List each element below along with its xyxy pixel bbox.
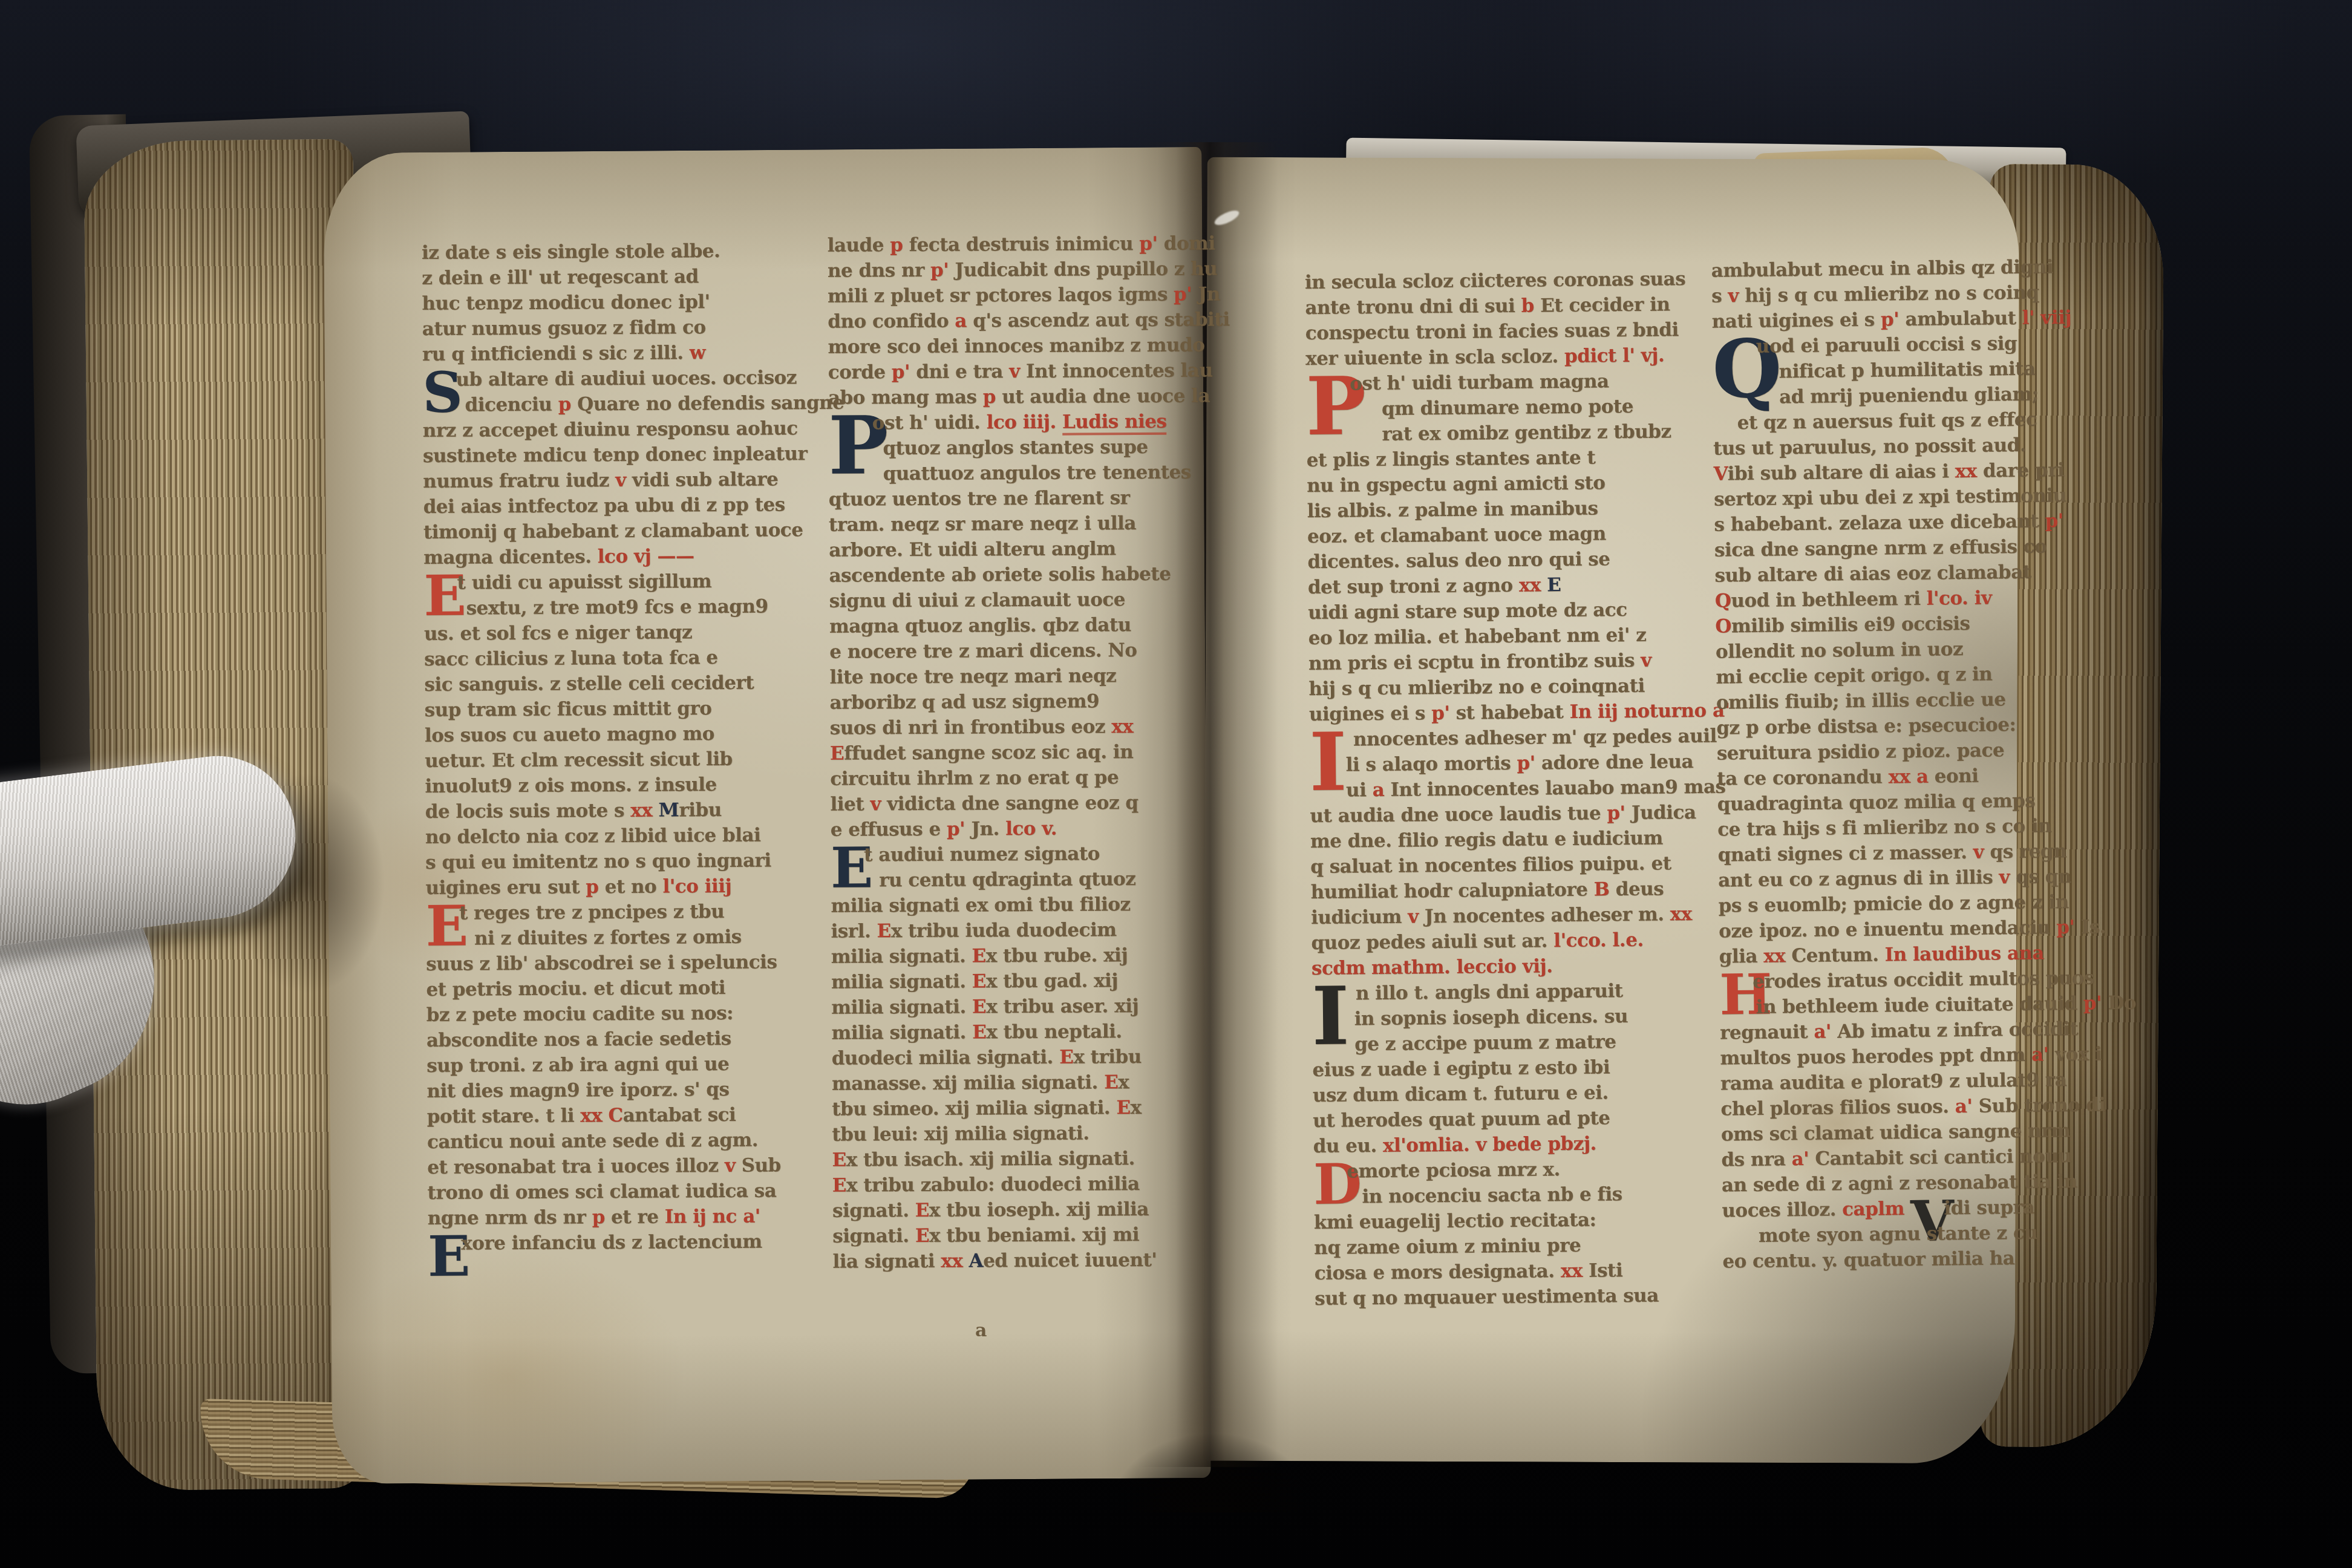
illuminated-initial: x tbu isach. xij milia signati. [846, 1148, 1135, 1171]
illuminated-initial: in secula scloz ciicteres coronas suas [1305, 268, 1685, 293]
illuminated-initial: E [428, 1231, 461, 1252]
text-segment: lco vj [598, 546, 658, 568]
text-line: Innocentes adheser m' qz pedes auil [1309, 724, 1696, 753]
illuminated-initial: omilis fiuib; in illis ecclie ue [1716, 688, 2006, 713]
illuminated-initial: ds nra [1721, 1148, 1792, 1171]
text-segment: xl'omlia. v bede pbzj. [1383, 1133, 1596, 1157]
text-segment: O [1715, 615, 1731, 637]
illuminated-initial: sup troni. z ab ira agni qui ue [426, 1053, 729, 1077]
text-line: tbu leui: xij milia signati. [832, 1120, 1219, 1147]
text-line: sustinete mdicu tenp donec inpleatur [423, 441, 810, 469]
illuminated-initial: quoz pedes aiuli sut ar. [1311, 930, 1553, 954]
illuminated-initial: in nocenciu sacta nb e fis [1362, 1183, 1622, 1207]
illuminated-initial: multos puos herodes ppt dnm [1720, 1044, 2031, 1070]
text-line: gz p orbe distsa e: psecucioe: [1716, 711, 2103, 740]
text-line: Demorte pciosa mrz x. [1313, 1155, 1700, 1184]
illuminated-initial: z dein e ill' ut reqescant ad [422, 266, 699, 289]
illuminated-initial: quattuoz angulos tre tenentes [883, 462, 1191, 485]
illuminated-initial: de locis suis mote s [425, 800, 631, 823]
text-line: de locis suis mote s xx Mribu [425, 797, 812, 825]
illuminated-initial: ambulabut [1899, 307, 2022, 330]
text-segment: p' [892, 361, 910, 383]
text-line: arboribz q ad usz signem9 [829, 688, 1217, 715]
text-line: mi ecclie cepit origo. q z in [1716, 660, 2103, 690]
illuminated-initial: usz dum dicam t. futuru e ei. [1313, 1082, 1609, 1106]
illuminated-initial: E [831, 842, 864, 863]
illuminated-initial: dno confido [828, 310, 955, 333]
text-line: rama audita e plorat9 z ululat9 ra [1720, 1067, 2108, 1096]
text-line: dicentes. salus deo nro qui se [1307, 546, 1694, 575]
text-line: e nocere tre z mari dicens. No [829, 637, 1217, 664]
illuminated-initial: iz date s eis single stole albe. [422, 240, 720, 264]
illuminated-initial: Ab imatu z infra occidit [1831, 1018, 2079, 1043]
illuminated-initial: x tbu neptali. [986, 1021, 1122, 1043]
text-segment: v [1641, 650, 1651, 671]
text-line: inuolut9 z ois mons. z insule [425, 771, 812, 799]
text-segment: p' [1139, 233, 1157, 255]
text-segment: xx [1519, 574, 1547, 596]
illuminated-initial: P [1305, 371, 1350, 392]
text-line: conspectu troni in facies suas z bndi [1305, 317, 1693, 346]
illuminated-initial: milia signati. [831, 996, 972, 1018]
text-line: laude p fecta destruis inimicu p' domi [827, 230, 1214, 258]
illuminated-initial: nm pris ei scptu in frontibz suis [1308, 650, 1641, 675]
illuminated-initial: tbu simeo. xij milia signati. [832, 1097, 1116, 1120]
text-line: ru centu qdraginta qtuoz [831, 866, 1218, 893]
illuminated-initial: H [1719, 969, 1753, 990]
text-line: uoces illoz. caplm Vidi supra [1722, 1194, 2109, 1223]
text-segment: In iij noturno a' [1569, 699, 1730, 723]
illuminated-initial: ui [1346, 779, 1373, 801]
illuminated-initial: et re [605, 1206, 665, 1229]
text-line: li s alaqo mortis p' adore dne leua [1309, 749, 1696, 778]
illuminated-initial: lite noce tre neqz mari neqz [829, 665, 1116, 688]
illuminated-initial: oms sci clamat uidica sangne nrm [1721, 1120, 2071, 1146]
illuminated-initial: Jn [1192, 283, 1220, 305]
illuminated-initial: chel ploras filios suos. [1720, 1096, 1955, 1120]
illuminated-initial: iudicium [1311, 906, 1408, 929]
illuminated-initial: Sub trono di [1972, 1094, 2106, 1117]
text-line: hij s q cu mlieribz no e coinqnati [1308, 673, 1696, 702]
illuminated-initial: vidi sub altare [626, 468, 779, 491]
text-segment: p' [2056, 916, 2075, 938]
gutter-bottom-shadow [1083, 1343, 1343, 1512]
right-page-column-2: ambulabut mecu in albis qz dignis v hij … [1711, 253, 2109, 1274]
text-line: ui a Int innocentes lauabo man9 mas [1310, 774, 1697, 803]
text-line: du eu. xl'omlia. v bede pbzj. [1313, 1130, 1700, 1159]
text-line: det sup troni z agno xx E [1308, 571, 1695, 600]
illuminated-initial: li s alaqo mortis [1345, 753, 1517, 776]
text-segment: xx [630, 800, 658, 822]
text-line: oze ipoz. no e inuentu mendaciu p' Is. [1719, 914, 2106, 944]
text-line: lis albis. z palme in manibus [1307, 495, 1694, 524]
illuminated-initial: ollendit no solum in uoz [1716, 638, 1963, 663]
text-line: sub altare di aias eoz clamabat [1714, 558, 2102, 588]
illuminated-initial: inuolut9 z ois mons. z insule [425, 774, 717, 797]
illuminated-initial: lis albis. z palme in manibus [1307, 497, 1598, 522]
text-line: manasse. xij milia signati. Ex [832, 1069, 1219, 1096]
catchword: a [975, 1320, 987, 1341]
text-segment: E [915, 1225, 929, 1247]
text-segment: v [1999, 866, 2010, 888]
illuminated-initial: huc tenpz modicu donec ipl' [422, 291, 710, 315]
text-segment: p' [2083, 992, 2102, 1014]
text-line: q saluat in nocentes filios puipu. et [1310, 851, 1697, 880]
illuminated-initial: ps s euomlb; pmicie do z agne z in [1718, 891, 2068, 917]
text-segment: p' [1431, 702, 1450, 724]
illuminated-initial: nit dies magn9 ire iporz. s' qs [426, 1079, 729, 1102]
text-segment: E [972, 970, 986, 992]
text-line: ta ce coronandu xx a eoni [1717, 762, 2104, 791]
text-line: abscondite nos a facie sedetis [426, 1025, 814, 1053]
text-line: dei aias intfectoz pa ubu di z pp tes [423, 492, 810, 520]
illuminated-initial: ce tra hijs s fi mlieribz no s co in [1717, 815, 2051, 840]
text-line: kmi euagelij lectio recitata: [1314, 1206, 1701, 1235]
illuminated-initial: dni e tra [910, 361, 1009, 383]
illuminated-initial: sic sanguis. z stelle celi cecidert [424, 672, 754, 696]
illuminated-initial: Jn. [965, 818, 1005, 840]
text-line: Post h' uidi. lco iiij. Ludis nies [828, 408, 1215, 436]
illuminated-initial: eo loz milia. et habebant nm ei' z [1308, 624, 1646, 649]
illuminated-initial: sup tram sic ficus mittit gro [425, 697, 712, 721]
text-line: magna dicentes. lco vj —— [423, 543, 811, 570]
illuminated-initial: x [1118, 1071, 1129, 1093]
text-line: more sco dei innoces manibz z mudo [828, 332, 1215, 359]
illuminated-initial: deus [1609, 878, 1664, 900]
text-segment: xx [941, 1250, 969, 1272]
text-segment: B [1594, 878, 1610, 900]
text-segment: p' [1881, 309, 1900, 330]
text-line: huc tenpz modicu donec ipl' [422, 289, 809, 316]
illuminated-initial: liet [830, 793, 870, 815]
illuminated-initial: emorte pciosa mrz x. [1347, 1158, 1560, 1182]
text-segment: v [1728, 285, 1739, 307]
text-line: ps s euomlb; pmicie do z agne z in [1718, 889, 2105, 918]
illuminated-initial: q saluat in nocentes filios puipu. et [1310, 852, 1671, 878]
text-line: duodeci milia signati. Ex tribu [832, 1044, 1219, 1071]
text-line: nrz z accepet diuinu responsu aohuc [423, 416, 810, 443]
illuminated-initial: quadraginta quoz milia q emps [1717, 790, 2036, 815]
illuminated-initial: trono di omes sci clamat iudica sa [427, 1180, 776, 1204]
illuminated-initial: ru centu qdraginta qtuoz [879, 868, 1135, 891]
illuminated-initial: hij s q cu mlieribz no e coinqnati [1308, 675, 1645, 700]
illuminated-initial: atur numus gsuoz z fidm co [422, 316, 706, 340]
text-line: milia signati. Ex tbu rube. xij [831, 942, 1218, 969]
text-line: multos puos herodes ppt dnm a' vox i [1720, 1041, 2107, 1071]
text-segment: p [983, 386, 996, 408]
text-line: milia signati. Ex tribu aser. xij [831, 993, 1218, 1020]
text-segment: M [658, 799, 679, 821]
illuminated-initial: x tbu ioseph. xij milia [929, 1198, 1149, 1221]
illuminated-initial: eius z uade i egiptu z esto ibi [1312, 1056, 1610, 1081]
text-line: Quod in bethleem ri l'co. iv [1715, 584, 2102, 613]
illuminated-initial: ad mrij pueniendu gliam; [1779, 384, 2039, 408]
illuminated-initial: humiliat hodr calupniatore [1310, 879, 1593, 903]
illuminated-initial: Judicabit dns pupillo z hu [949, 258, 1217, 281]
text-line: bz z pete mociu cadite su nos: [426, 1000, 814, 1028]
text-line: uidi agni stare sup mote dz acc [1308, 596, 1695, 626]
text-segment: p' [2045, 510, 2063, 532]
illuminated-initial: I [1312, 981, 1356, 1002]
illuminated-initial: tus ut paruulus, no possit aud. [1713, 434, 2026, 460]
text-segment: l' viij [2022, 307, 2072, 329]
text-segment: l'co iiij [662, 875, 731, 898]
text-line: et resonabat tra i uoces illoz v Sub [427, 1152, 814, 1180]
text-line: sup troni. z ab ira agni qui ue [426, 1051, 814, 1079]
illuminated-initial: uidi agni stare sup mote dz acc [1308, 599, 1627, 624]
text-line: ante tronu dni di sui b Et cecider in [1305, 292, 1692, 321]
illuminated-initial: Int innocentes lauabo man9 mas [1384, 776, 1725, 800]
illuminated-initial: lia signati [832, 1250, 941, 1273]
text-line: sic sanguis. z stelle celi cecidert [424, 670, 811, 697]
illuminated-initial: et resonabat tra i uoces illoz [427, 1155, 725, 1178]
illuminated-initial: s qui eu imitentz no s quo ingnari [425, 849, 771, 873]
text-line: dicenciu p Quare no defendis sangne [422, 390, 809, 418]
illuminated-initial: det sup troni z agno [1308, 575, 1519, 598]
right-page-column-1: in secula scloz ciicteres coronas suasan… [1305, 266, 1702, 1312]
text-line: eoz. et clamabant uoce magn [1307, 520, 1694, 549]
text-line: liet v vidicta dne sangne eoz q [830, 789, 1217, 817]
text-line: Et uidi cu apuisst sigillum [423, 568, 811, 596]
text-line: iudicium v Jn nocentes adheser m. xx [1311, 901, 1698, 930]
illuminated-initial: nq zame oium z miniu pre [1314, 1235, 1581, 1259]
illuminated-initial: ribu [679, 799, 722, 821]
illuminated-initial: ant eu co z agnus di in illis [1718, 866, 1999, 891]
text-line: tbu simeo. xij milia signati. Ex [832, 1094, 1219, 1122]
text-segment: —— [657, 545, 694, 567]
text-line: mili z pluet sr pctores laqos igms p' Jn [828, 281, 1215, 309]
text-segment: p [558, 393, 571, 415]
text-segment: E [830, 743, 844, 765]
illuminated-initial: nnocentes adheser m' qz pedes auil [1353, 725, 1717, 751]
left-page-column-2: laude p fecta destruis inimicu p' domine… [827, 230, 1220, 1274]
illuminated-initial: signati. [832, 1225, 915, 1247]
text-line: sica dne sangne nrm z effusis co [1714, 533, 2102, 563]
text-segment: xx [1111, 716, 1133, 737]
illuminated-initial: qnati signes ci z masser. [1717, 841, 1973, 866]
illuminated-initial: Do [2102, 992, 2136, 1014]
illuminated-initial: ibi sub altare di aias i [1727, 460, 1955, 485]
text-line: milia signati. Ex tbu neptali. [831, 1018, 1218, 1045]
text-segment: xx [1888, 766, 1916, 788]
text-segment: xx [1670, 903, 1692, 925]
text-line: iz date s eis single stole albe. [422, 238, 809, 266]
illuminated-initial: more sco dei innoces manibz z mudo [828, 334, 1204, 358]
illuminated-initial: ut audia dne uoce la [996, 385, 1210, 408]
text-line: humiliat hodr calupniatore B deus [1310, 876, 1697, 905]
illuminated-initial: Isti [1583, 1259, 1623, 1282]
illuminated-initial: x tribu iuda duodecim [891, 919, 1117, 942]
text-segment: l'co. iv [1926, 587, 1991, 609]
text-line: trono di omes sci clamat iudica sa [427, 1178, 814, 1206]
text-line: regnauit a' Ab imatu z infra occidit [1720, 1016, 2107, 1045]
text-segment: a' [1955, 1096, 1973, 1117]
text-line: milia signati. Ex tbu gad. xij [831, 967, 1218, 995]
text-line: ut herodes quat puum ad pte [1313, 1105, 1700, 1134]
text-line: in sopnis ioseph dicens. su [1312, 1003, 1699, 1032]
text-line: e effusus e p' Jn. lco v. [831, 815, 1218, 842]
illuminated-initial: in bethleem iude ciuitate dauid [1756, 993, 2083, 1018]
illuminated-initial: sub altare di aias eoz clamabat [1714, 561, 2031, 587]
text-segment: xx [1955, 460, 1976, 482]
illuminated-initial: Q [1712, 334, 1756, 355]
text-line: me dne. filio regis datu e iudicium [1310, 825, 1697, 854]
illuminated-initial: E [423, 570, 457, 591]
text-segment: v [615, 469, 626, 491]
text-segment: Ludis nies [1062, 411, 1167, 436]
text-line: tram. neqz sr mare neqz i ulla [829, 510, 1216, 537]
text-line: Herodes iratus occidit multos puos [1719, 965, 2106, 995]
illuminated-initial: et qz n auersus fuit qs z effec [1737, 409, 2037, 434]
illuminated-initial: vidicta dne sangne eoz q [881, 792, 1138, 815]
illuminated-initial: n illo t. angls dni apparuit [1356, 980, 1623, 1004]
text-segment: E [972, 945, 985, 967]
illuminated-initial: s habebant. zelaza uxe dicebant [1714, 510, 2045, 535]
text-segment: w [683, 342, 705, 364]
text-line: et plis z lingis stantes ante t [1307, 444, 1694, 473]
illuminated-initial: ut audia dne uoce laudis tue [1310, 802, 1607, 827]
illuminated-initial: dicentes. salus deo nro qui se [1307, 548, 1610, 573]
text-line: Exore infanciu ds z lactencium [428, 1229, 815, 1256]
text-line: dno confido a q's ascendz aut qs stabiti [828, 307, 1215, 334]
text-segment: xx [1561, 1260, 1583, 1282]
text-line: nq zame oium z miniu pre [1314, 1232, 1701, 1261]
illuminated-initial: an sede di z agni z resonabat tia in [1722, 1171, 2077, 1197]
text-line: atur numus gsuoz z fidm co [422, 314, 809, 342]
illuminated-initial: P [828, 410, 872, 431]
text-segment: p' [1517, 752, 1535, 774]
illuminated-initial: duodeci milia signati. [832, 1047, 1060, 1070]
text-line: Post h' uidi turbam magna [1305, 368, 1693, 397]
illuminated-initial: Int innocentes lau [1019, 359, 1212, 382]
illuminated-initial: ne dns nr [828, 260, 930, 282]
illuminated-initial: us. et sol fcs e niger tanqz [424, 621, 692, 645]
text-segment: E [832, 1175, 846, 1197]
illuminated-initial: et petris mociu. et dicut moti [426, 977, 725, 1001]
text-line: chel ploras filios suos. a' Sub trono di [1720, 1092, 2108, 1122]
illuminated-initial: numus fratru iudz [423, 469, 615, 492]
illuminated-initial: suus z lib' abscodrei se i speluncis [426, 951, 777, 975]
illuminated-initial: et plis z lingis stantes ante t [1307, 447, 1596, 472]
illuminated-initial: magna qtuoz anglis. qbz datu [829, 614, 1131, 638]
illuminated-initial: sextu, z tre mot9 fcs e magn9 [466, 595, 768, 619]
illuminated-initial: ub altare di audiui uoces. occisoz [456, 367, 797, 390]
text-segment: xx [580, 1105, 608, 1126]
text-line: Ex tribu zabulo: duodeci milia [832, 1171, 1220, 1198]
text-line: sut q no mquauer uestimenta sua [1315, 1282, 1702, 1312]
illuminated-initial: hij s q cu mlieribz no s coinq [1739, 282, 2039, 307]
illuminated-initial: x [1130, 1097, 1141, 1119]
illuminated-initial: uoces illoz. [1722, 1198, 1842, 1221]
text-line: signati. Ex tbu beniami. xij mi [832, 1221, 1220, 1249]
illuminated-initial: arbore. Et uidi alteru anglm [829, 538, 1116, 561]
text-segment: E [1547, 574, 1561, 596]
text-line: ce tra hijs s fi mlieribz no s co in [1717, 812, 2105, 842]
illuminated-initial: ffudet sangne scoz sic aq. in [844, 741, 1133, 765]
text-segment: a [955, 310, 967, 332]
illuminated-initial: gz p orbe distsa e: psecucioe: [1716, 714, 2016, 739]
illuminated-initial: eoz. et clamabant uoce magn [1307, 523, 1606, 547]
illuminated-initial: kmi euagelij lectio recitata: [1314, 1209, 1596, 1233]
illuminated-initial: eoni [1928, 765, 1978, 788]
text-segment: p [586, 876, 598, 898]
text-line: nu in gspectu agni amicti sto [1307, 469, 1694, 498]
text-line: scdm mathm. leccio vij. [1312, 952, 1699, 981]
manuscript-photograph: iz date s eis single stole albe.z dein e… [0, 0, 2352, 1568]
text-line: glia xx Centum. In laudibus ana [1719, 939, 2106, 969]
illuminated-initial: mi ecclie cepit origo. q z in [1716, 663, 1992, 688]
text-line: us. et sol fcs e niger tanqz [424, 619, 811, 647]
text-line: In illo t. angls dni apparuit [1312, 978, 1699, 1007]
text-line: circuitu ihrlm z no erat q pe [830, 764, 1217, 791]
illuminated-initial: uetur. Et clm recessit sicut lib [425, 748, 733, 772]
illuminated-initial: tbu leui: xij milia signati. [832, 1122, 1089, 1145]
illuminated-initial: adore dne leua [1535, 751, 1693, 774]
text-segment: v [1009, 361, 1020, 382]
text-line: signati. Ex tbu ioseph. xij milia [832, 1196, 1220, 1223]
illuminated-initial: milia signati. [831, 970, 972, 993]
text-segment: A [969, 1250, 983, 1272]
text-line: suos di nri in frontibus eoz xx [830, 713, 1217, 740]
text-line: s qui eu imitentz no s quo ingnari [425, 848, 812, 875]
illuminated-initial: dare pri [1976, 459, 2064, 482]
text-segment: v [1408, 906, 1419, 927]
text-line: ciosa e mors designata. xx Isti [1314, 1257, 1701, 1286]
text-line: Vibi sub altare di aias i xx dare pri [1713, 457, 2100, 486]
illuminated-initial: arboribz q ad usz signem9 [829, 690, 1099, 713]
illuminated-initial: abscondite nos a facie sedetis [426, 1028, 731, 1051]
text-segment: pdict l' vj. [1564, 344, 1665, 367]
text-line: eo loz milia. et habebant nm ei' z [1308, 622, 1695, 651]
text-line: arbore. Et uidi alteru anglm [829, 535, 1216, 563]
illuminated-initial: xore infanciu ds z lactencium [461, 1231, 762, 1255]
illuminated-initial: conspectu troni in facies suas z bndi [1305, 319, 1679, 344]
text-line: Omilib similis ei9 occisis [1715, 609, 2102, 639]
text-line: seruitura psidio z pioz. pace [1717, 736, 2104, 766]
text-line: mote syon agnu stante z cu [1722, 1219, 2109, 1249]
text-segment: p' [1174, 284, 1192, 305]
illuminated-initial: tram. neqz sr mare neqz i ulla [829, 512, 1136, 536]
text-segment: V [1713, 463, 1727, 485]
text-line: omilis fiuib; in illis ecclie ue [1716, 685, 2103, 715]
text-segment: a' [2031, 1044, 2049, 1065]
text-segment: v [725, 1155, 736, 1177]
text-line: isrl. Ex tribu iuda duodecim [831, 916, 1218, 944]
illuminated-initial: circuitu ihrlm z no erat q pe [830, 766, 1119, 789]
illuminated-initial: fecta destruis inimicu [903, 233, 1139, 256]
text-segment: E [877, 920, 890, 942]
text-line: et qz n auersus fuit qs z effec [1713, 406, 2100, 436]
illuminated-initial: ut herodes quat puum ad pte [1313, 1107, 1610, 1132]
text-line: in secula scloz ciicteres coronas suas [1305, 266, 1692, 295]
illuminated-initial: signati. [832, 1200, 915, 1222]
text-line: qnati signes ci z masser. v qs regn [1717, 838, 2105, 867]
text-line: ascendente ab oriete solis habete [829, 561, 1216, 588]
illuminated-initial: milia signati ex omi tbu filioz [831, 893, 1130, 917]
illuminated-initial: me dne. filio regis datu e iudicium [1310, 827, 1663, 852]
illuminated-initial: mote syon agnu stante z cu [1759, 1222, 2038, 1247]
text-line: qtuoz anglos stantes supe [828, 434, 1215, 461]
text-line: suus z lib' abscodrei se i speluncis [426, 949, 813, 977]
text-line: uetur. Et clm recessit sicut lib [425, 746, 812, 774]
text-line: nit dies magn9 ire iporz. s' qs [426, 1076, 814, 1104]
illuminated-initial: t uidi cu apuisst sigillum [457, 570, 711, 594]
illuminated-initial: dei aias intfectoz pa ubu di z pp tes [423, 494, 785, 518]
illuminated-initial: Jn nocentes adheser m. [1418, 903, 1670, 927]
illuminated-initial: domi [1157, 232, 1215, 254]
text-line: usz dum dicam t. futuru e ei. [1313, 1079, 1700, 1108]
text-line: eius z uade i egiptu z esto ibi [1312, 1054, 1699, 1083]
